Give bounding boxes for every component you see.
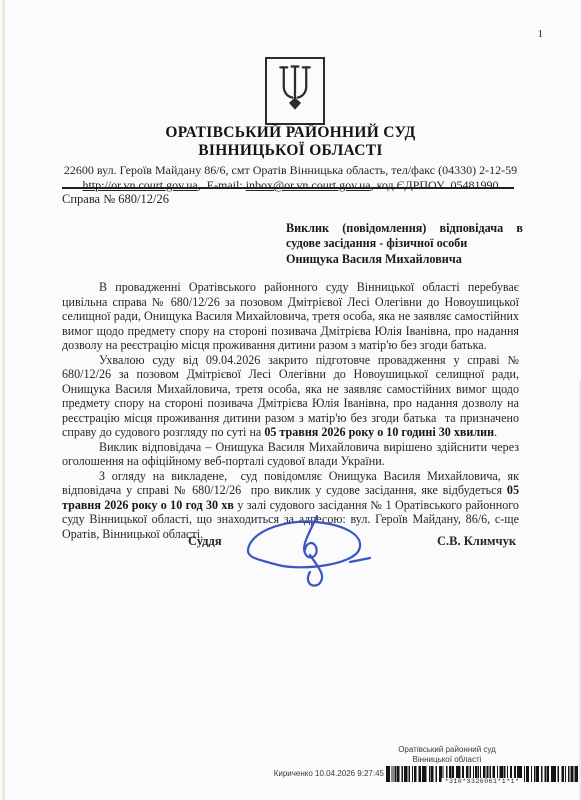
body-paragraph-3: Виклик відповідача – Онищука Василя Миха…	[62, 440, 519, 469]
email-label: , E-mail:	[198, 178, 246, 192]
case-number: Справа № 680/12/26	[62, 192, 169, 207]
document-body: В провадженні Оратівського районного суд…	[62, 280, 519, 541]
scanned-court-document: 1 ОРАТІВСЬКИЙ РАЙОННИЙ СУД ВІННИЦЬКОЇ ОБ…	[0, 0, 581, 800]
hearing-datetime-1: 05 травня 2026 року о 10 годині 30 хвили…	[264, 425, 494, 439]
paragraph-4-text: З огляду на викладене, суд повідомляє Он…	[62, 469, 519, 498]
document-header: ОРАТІВСЬКИЙ РАЙОННИЙ СУД ВІННИЦЬКОЇ ОБЛА…	[30, 124, 551, 192]
court-website-link: http://or.vn.court.gov.ua	[82, 178, 197, 192]
coat-of-arms-box	[265, 57, 325, 125]
court-address: 22600 вул. Героїв Майдану 86/6, смт Орат…	[30, 163, 551, 177]
judge-label: Суддя	[188, 534, 222, 549]
footer-court-name: Оратівський районний суд	[357, 745, 537, 755]
judge-name: С.В. Климчук	[437, 534, 516, 549]
barcode-text: *310*3326061*1*1*	[442, 778, 523, 785]
court-name-line2: ВІННИЦЬКОЇ ОБЛАСТІ	[30, 142, 551, 160]
barcode: *310*3326061*1*1*	[386, 766, 578, 782]
footer-court-region: Вінницької області	[357, 755, 537, 765]
summons-title: Виклик (повідомлення) відповідача в судо…	[286, 221, 523, 267]
page-number: 1	[538, 28, 544, 40]
paragraph-2-end: .	[494, 425, 497, 439]
footer-signed-timestamp: Кириченко 10.04.2026 9:27:45	[226, 769, 384, 778]
body-paragraph-2: Ухвалою суду від 09.04.2026 закрито підг…	[62, 353, 519, 440]
court-email-link: inbox@or.vn.court.gov.ua	[246, 178, 371, 192]
header-divider	[62, 187, 514, 189]
scan-edge-left	[2, 0, 5, 800]
ukraine-trident-icon	[276, 63, 314, 120]
judge-signature	[238, 505, 388, 597]
body-paragraph-1: В провадженні Оратівського районного суд…	[62, 280, 519, 353]
edrpou-code: , код ЄДРПОУ 05481990	[371, 178, 499, 192]
court-name-line1: ОРАТІВСЬКИЙ РАЙОННИЙ СУД	[30, 124, 551, 142]
court-contacts: http://or.vn.court.gov.ua, E-mail: inbox…	[30, 178, 551, 192]
footer-court-stamp: Оратівський районний суд Вінницької обла…	[357, 745, 537, 764]
summons-title-respondent: Онищука Василя Михайловича	[286, 252, 523, 267]
summons-title-line1: Виклик (повідомлення) відповідача в судо…	[286, 221, 523, 252]
